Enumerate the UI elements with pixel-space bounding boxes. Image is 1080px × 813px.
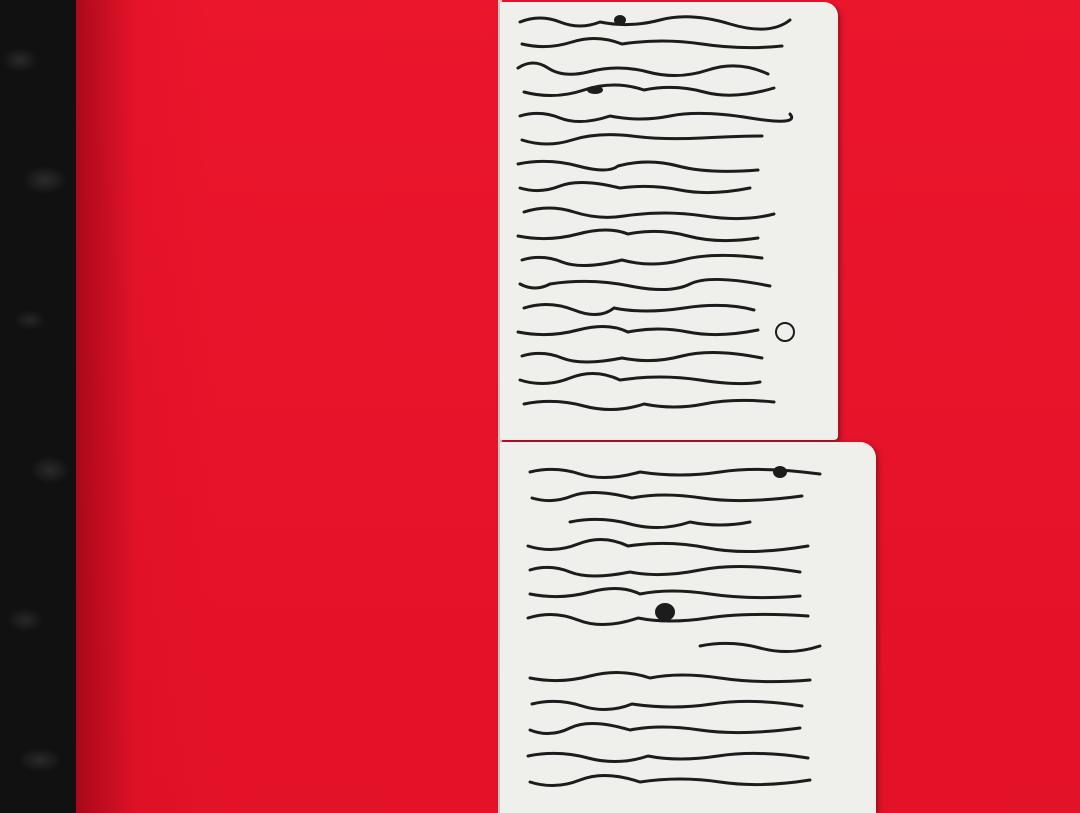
handwritten-script-bottom (500, 442, 876, 813)
manuscript-page-top (500, 2, 838, 440)
manuscript-page-bottom (500, 442, 876, 813)
dark-textured-strip (0, 0, 76, 813)
handwritten-script-top (500, 2, 838, 440)
